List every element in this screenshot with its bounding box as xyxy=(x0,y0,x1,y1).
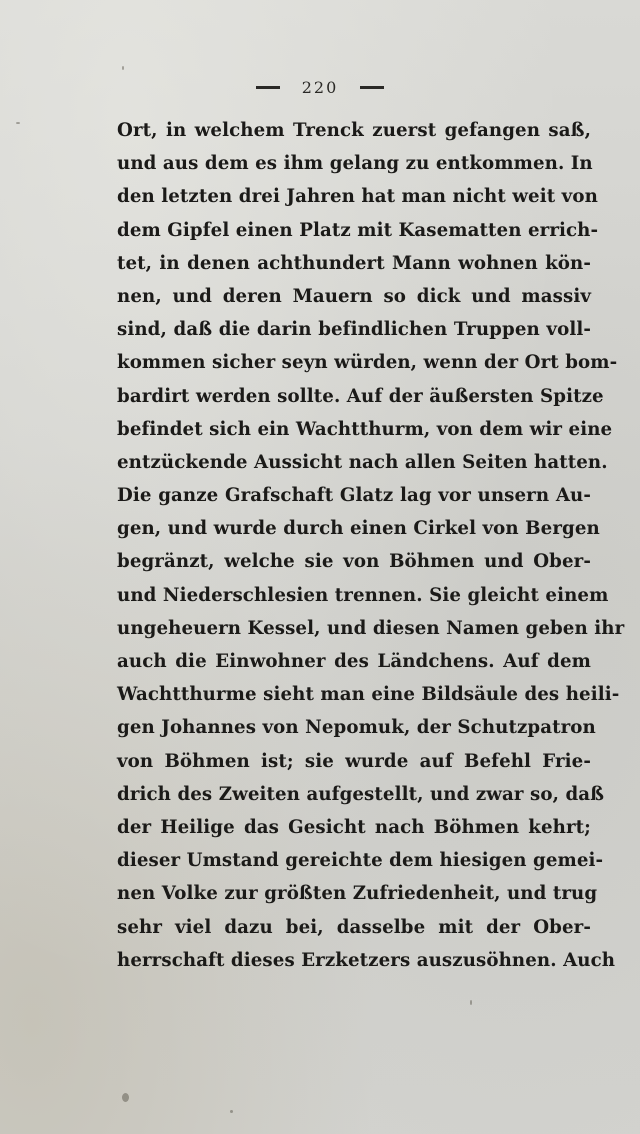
text-line: herrschaft dieses Erzketzers auszusöhnen… xyxy=(117,944,591,977)
text-line: gen, und wurde durch einen Cirkel von Be… xyxy=(117,512,591,545)
text-line: auch die Einwohner des Ländchens. Auf de… xyxy=(117,645,591,678)
paper-speck xyxy=(122,66,124,70)
paper-speck xyxy=(122,1093,129,1102)
left-dash-ornament xyxy=(256,86,280,89)
paper-speck xyxy=(230,1110,233,1113)
text-line: sind, daß die darin befindlichen Truppen… xyxy=(117,313,591,346)
text-line: Wachtthurme sieht man eine Bildsäule des… xyxy=(117,678,591,711)
text-line: entzückende Aussicht nach allen Seiten h… xyxy=(117,446,591,479)
paper-speck xyxy=(16,122,20,124)
page-header: 220 xyxy=(0,78,640,97)
text-line: und aus dem es ihm gelang zu entkommen. … xyxy=(117,147,591,180)
page-number: 220 xyxy=(302,78,339,97)
text-line: bardirt werden sollte. Auf der äußersten… xyxy=(117,380,591,413)
text-line: gen Johannes von Nepomuk, der Schutzpatr… xyxy=(117,711,591,744)
text-line: nen, und deren Mauern so dick und massiv xyxy=(117,280,591,313)
body-text: Ort, in welchem Trenck zuerst gefangen s… xyxy=(117,114,591,977)
text-line: dieser Umstand gereichte dem hiesigen ge… xyxy=(117,844,591,877)
text-line: kommen sicher seyn würden, wenn der Ort … xyxy=(117,346,591,379)
text-line: der Heilige das Gesicht nach Böhmen kehr… xyxy=(117,811,591,844)
text-line: den letzten drei Jahren hat man nicht we… xyxy=(117,180,591,213)
text-line: sehr viel dazu bei, dasselbe mit der Obe… xyxy=(117,911,591,944)
text-line: von Böhmen ist; sie wurde auf Befehl Fri… xyxy=(117,745,591,778)
text-line: ungeheuern Kessel, und diesen Namen gebe… xyxy=(117,612,591,645)
paper-speck xyxy=(470,1000,472,1005)
text-line: dem Gipfel einen Platz mit Kasematten er… xyxy=(117,214,591,247)
text-line: befindet sich ein Wachtthurm, von dem wi… xyxy=(117,413,591,446)
text-line: Die ganze Grafschaft Glatz lag vor unser… xyxy=(117,479,591,512)
text-line: begränzt, welche sie von Böhmen und Ober… xyxy=(117,545,591,578)
text-line: drich des Zweiten aufgestellt, und zwar … xyxy=(117,778,591,811)
text-line: und Niederschlesien trennen. Sie gleicht… xyxy=(117,579,591,612)
text-line: Ort, in welchem Trenck zuerst gefangen s… xyxy=(117,114,591,147)
text-line: nen Volke zur größten Zufriedenheit, und… xyxy=(117,877,591,910)
right-dash-ornament xyxy=(360,86,384,89)
text-line: tet, in denen achthundert Mann wohnen kö… xyxy=(117,247,591,280)
